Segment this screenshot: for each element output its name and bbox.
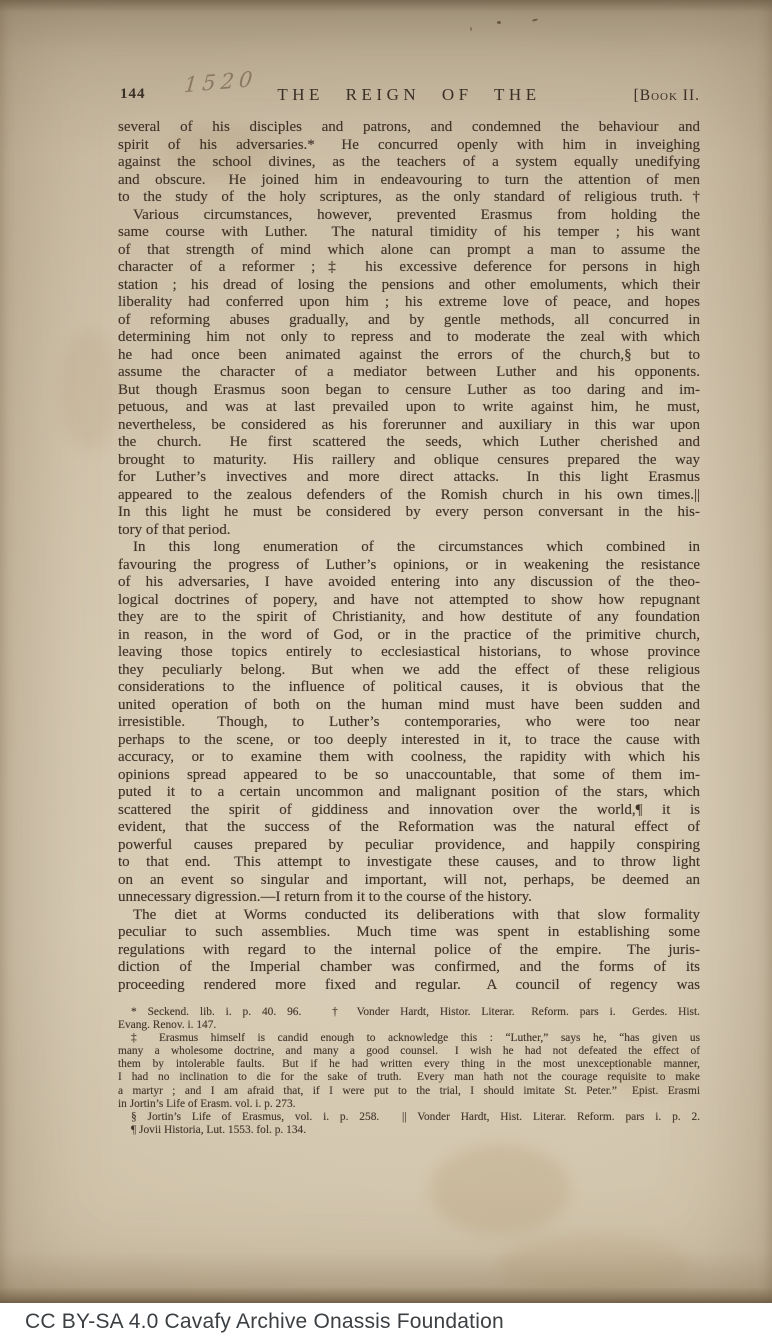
- footnote-line: Evang. Renov. i. 147.: [118, 1019, 700, 1032]
- paper-stain: [500, 1235, 690, 1295]
- text-line: appeared to the zealous defenders of the…: [118, 487, 700, 505]
- text-line: diction of the Imperial chamber was conf…: [118, 959, 700, 977]
- text-line: station ; his dread of losing the pensio…: [118, 277, 700, 295]
- text-line: of his adversaries, I have avoided enter…: [118, 574, 700, 592]
- text-line: tory of that period.: [118, 522, 700, 540]
- text-line: character of a reformer ;‡ his excessive…: [118, 259, 700, 277]
- text-line: in reason, in the word of God, or in the…: [118, 627, 700, 645]
- text-line: assume the character of a mediator betwe…: [118, 364, 700, 382]
- footnote-line: * Seckend. lib. i. p. 40. 96. † Vonder H…: [118, 1006, 700, 1019]
- text-line: of reforming abuses gradually, and by ge…: [118, 312, 700, 330]
- footnote-line: many a wholesome doctrine, and many a go…: [118, 1045, 700, 1058]
- page-header: 144 THE REIGN OF THE [Book II.: [118, 86, 700, 106]
- text-line: Various circumstances, however, prevente…: [118, 207, 700, 225]
- text-line: scattered the spirit of giddiness and in…: [118, 802, 700, 820]
- text-line: they peculiarly belong. But when we add …: [118, 662, 700, 680]
- footnote-line: a martyr ; and I am afraid that, if I we…: [118, 1085, 700, 1098]
- text-line: several of his disciples and patrons, an…: [118, 119, 700, 137]
- text-line: of that strength of mind which alone can…: [118, 242, 700, 260]
- text-line: considerations to the influence of polit…: [118, 679, 700, 697]
- text-line: puted it to a certain uncommon and malig…: [118, 784, 700, 802]
- footnote-line: them by intolerable faults. But if he ha…: [118, 1058, 700, 1071]
- book-label: [Book II.: [634, 87, 700, 105]
- text-line: peculiar to such assemblies. Much time w…: [118, 924, 700, 942]
- text-line: liberality had conferred upon him ; his …: [118, 294, 700, 312]
- footnote-line: I had no inclination to die for the sake…: [118, 1071, 700, 1084]
- footnote-line: ¶ Jovii Historia, Lut. 1553. fol. p. 134…: [118, 1124, 700, 1137]
- scanned-book-page-view: 1520 144 THE REIGN OF THE [Book II. seve…: [0, 0, 772, 1341]
- text-line: united operation of both on the human mi…: [118, 697, 700, 715]
- text-line: spirit of his adversaries.* He concurred…: [118, 137, 700, 155]
- running-title: THE REIGN OF THE: [118, 85, 700, 105]
- paper-stain: [60, 330, 120, 450]
- text-line: nevertheless, be considered as his forer…: [118, 417, 700, 435]
- text-line: petuous, and was at last prevailed upon …: [118, 399, 700, 417]
- book-page-scan: 1520 144 THE REIGN OF THE [Book II. seve…: [0, 0, 772, 1303]
- text-line: the church. He first scattered the seeds…: [118, 434, 700, 452]
- text-line: brought to maturity. His raillery and ob…: [118, 452, 700, 470]
- ink-speck: [470, 27, 472, 31]
- text-line: same course with Luther. The natural tim…: [118, 224, 700, 242]
- text-line: unnecessary digression.—I return from it…: [118, 889, 700, 907]
- text-line: they are to the spirit of Christianity, …: [118, 609, 700, 627]
- footnote-line: in Jortin’s Life of Erasm. vol. i. p. 27…: [118, 1098, 700, 1111]
- text-line: to the study of the holy scriptures, as …: [118, 189, 700, 207]
- ink-speck: [497, 21, 501, 24]
- attribution-bar: CC BY-SA 4.0 Cavafy Archive Onassis Foun…: [0, 1303, 772, 1341]
- text-line: he had once been animated against the er…: [118, 347, 700, 365]
- text-line: perhaps to the scene, or too deeply inte…: [118, 732, 700, 750]
- page-body-text: several of his disciples and patrons, an…: [118, 119, 700, 994]
- text-line: irresistible. Though, to Luther’s contem…: [118, 714, 700, 732]
- text-line: proceeding rendered more fixed and regul…: [118, 977, 700, 995]
- text-line: leaving those topics entirely to ecclesi…: [118, 644, 700, 662]
- footnotes: * Seckend. lib. i. p. 40. 96. † Vonder H…: [118, 1006, 700, 1137]
- text-line: In this light he must be considered by e…: [118, 504, 700, 522]
- text-line: The diet at Worms conducted its delibera…: [118, 907, 700, 925]
- text-line: powerful causes prepared by peculiar pro…: [118, 837, 700, 855]
- text-line: on an event so singular and important, w…: [118, 872, 700, 890]
- license-text: CC BY-SA 4.0 Cavafy Archive Onassis Foun…: [0, 1310, 504, 1334]
- text-line: and obscure. He joined him in endeavouri…: [118, 172, 700, 190]
- footnote-line: ‡ Erasmus himself is candid enough to ac…: [118, 1032, 700, 1045]
- text-line: regulations with regard to the internal …: [118, 942, 700, 960]
- text-line: favouring the progress of Luther’s opini…: [118, 557, 700, 575]
- ink-speck: [532, 18, 538, 21]
- text-line: against the school divines, as the teach…: [118, 154, 700, 172]
- text-line: to that end. This attempt to investigate…: [118, 854, 700, 872]
- text-line: opinions spread appeared to be so unacco…: [118, 767, 700, 785]
- text-line: logical doctrines of popery, and have no…: [118, 592, 700, 610]
- text-line: But though Erasmus soon began to censure…: [118, 382, 700, 400]
- text-line: determining him not only to repress and …: [118, 329, 700, 347]
- text-line: evident, that the success of the Reforma…: [118, 819, 700, 837]
- text-line: for Luther’s invectives and more direct …: [118, 469, 700, 487]
- text-line: In this long enumeration of the circumst…: [118, 539, 700, 557]
- paper-stain: [430, 1145, 570, 1235]
- text-line: accuracy, or to examine them with coolne…: [118, 749, 700, 767]
- footnote-line: § Jortin’s Life of Erasmus, vol. i. p. 2…: [118, 1111, 700, 1124]
